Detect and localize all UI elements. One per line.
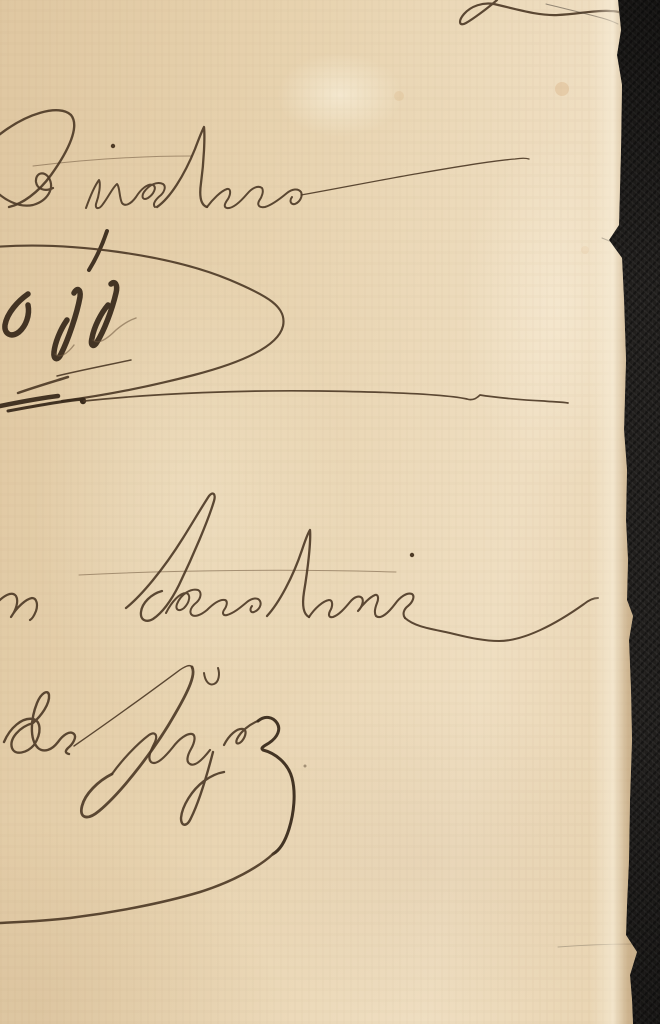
paper-crack-lines [546,4,634,947]
ij-dots [204,668,219,684]
top-flourish-ink [460,0,624,24]
manuscript-photo: Directeur Secretarie de Huijz [0,0,660,1024]
handwriting-ink-layer [0,0,660,1024]
word-de-huijz-ink [0,666,307,923]
paper-sheet [0,0,660,1024]
paraph-tail [0,854,273,923]
i-dot [410,553,414,557]
ink-speck [304,765,307,768]
i-dot [111,144,115,148]
word-secretarie-ink [0,494,598,641]
foxing-spots [394,82,589,254]
signature-underline [84,391,568,403]
signature-ellipse [0,246,284,401]
signature-flourish-ink [0,231,568,411]
word-directeur-ink [0,110,529,208]
